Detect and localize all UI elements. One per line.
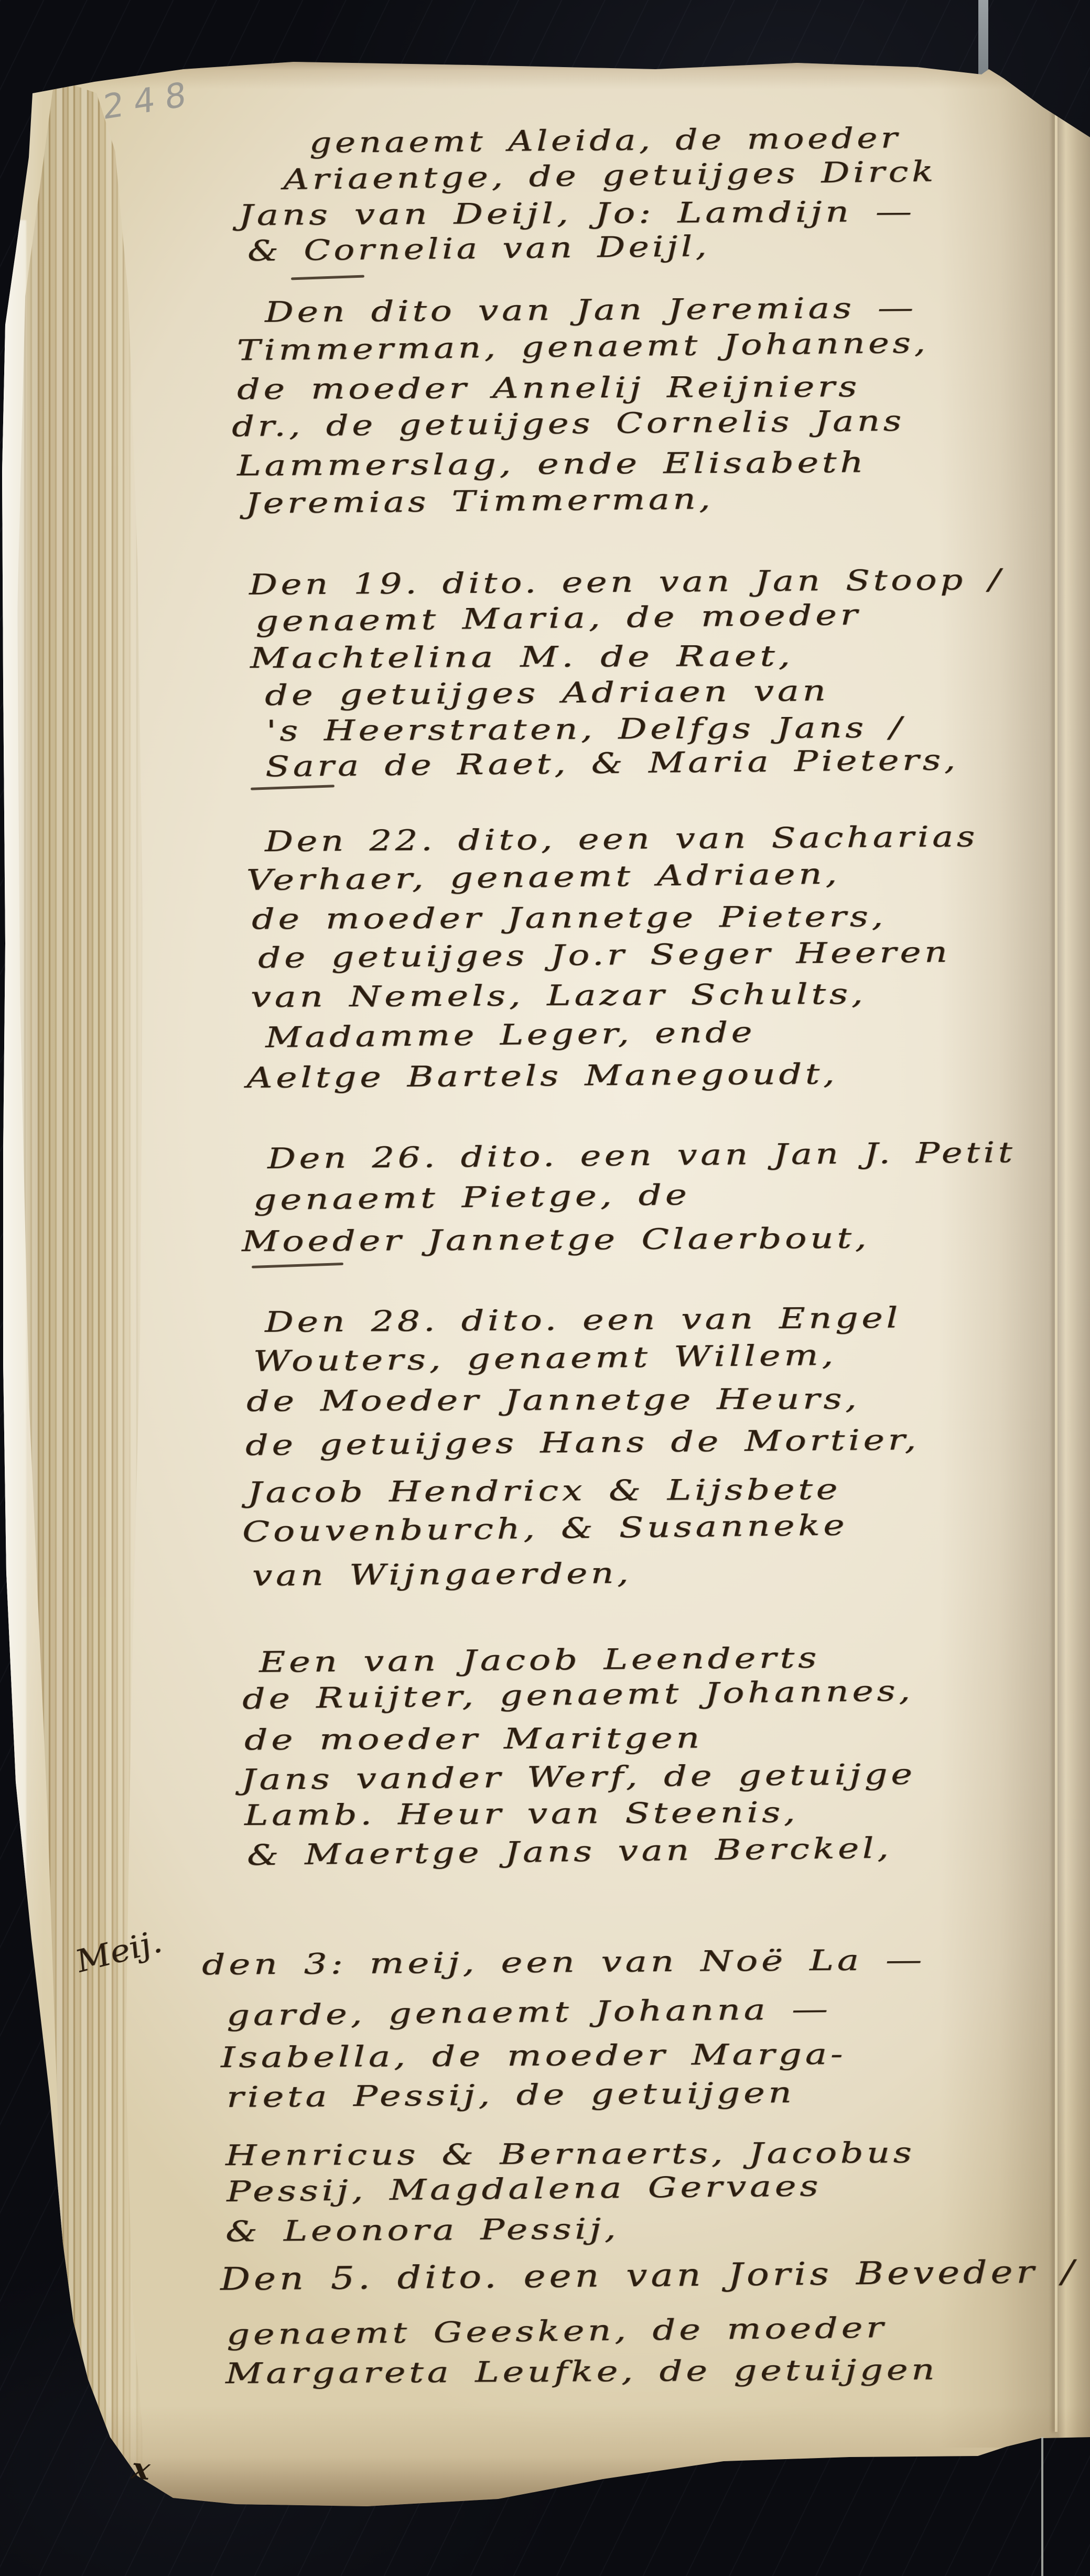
manuscript-line: Pessij, Magdalena Gervaes	[226, 2170, 822, 2208]
manuscript-line: genaemt Aleida, de moeder	[309, 122, 901, 159]
manuscript-line: de getuijges Adriaen van	[265, 675, 829, 712]
manuscript-line: Jans vander Werf, de getuijge	[241, 1758, 916, 1796]
page-fold-line	[1055, 68, 1057, 2432]
binding-sliver	[978, 0, 988, 79]
manuscript-line: de moeder Annelij Reijniers	[237, 371, 860, 406]
collation-x-mark: x	[130, 2451, 152, 2487]
manuscript-line: Henricus & Bernaerts, Jacobus	[225, 2137, 915, 2172]
manuscript-line: de Moeder Jannetge Heurs,	[246, 1383, 860, 1418]
manuscript-line: genaemt Maria, de moeder	[255, 599, 861, 638]
manuscript-line: Lamb. Heur van Steenis,	[244, 1796, 799, 1832]
manuscript-line: Madamme Leger, ende	[265, 1016, 756, 1054]
manuscript-line: Couvenburch, & Susanneke	[242, 1509, 848, 1548]
manuscript-line: Den 28. dito. een van Engel	[265, 1302, 901, 1339]
book-fore-edge-icon	[15, 79, 147, 2495]
manuscript-line: de getuijges Hans de Mortier,	[245, 1423, 920, 1462]
manuscript-line: Verhaer, genaemt Adriaen,	[246, 858, 840, 897]
manuscript-line: Jans van Deijl, Jo: Lamdijn —	[239, 195, 915, 232]
manuscript-photo: 248 genaemt Aleida, de moeder Ariaentge,…	[0, 0, 1090, 2576]
manuscript-line: Isabella, de moeder Marga-	[221, 2038, 847, 2074]
manuscript-line: Den 22. dito, een van Sacharias	[265, 820, 978, 858]
manuscript-line: den 3: meij, een van Noë La —	[202, 1944, 926, 1981]
manuscript-line: rieta Pessij, de getuijgen	[226, 2077, 795, 2114]
manuscript-line: Machtelina M. de Raet,	[250, 640, 794, 675]
manuscript-line: de moeder Jannetge Pieters,	[252, 900, 887, 936]
manuscript-line: dr., de getuijges Cornelis Jans	[232, 405, 905, 443]
manuscript-line: Margareta Leufke, de getuijgen	[225, 2354, 938, 2390]
manuscript-line: Den 26. dito. een van Jan J. Petit	[267, 1136, 1016, 1175]
manuscript-line: Den dito van Jan Jeremias —	[265, 291, 917, 329]
manuscript-line: Jacob Hendricx & Lijsbete	[247, 1473, 841, 1509]
manuscript-line: van Nemels, Lazar Schults,	[251, 978, 867, 1014]
manuscript-line: Lammerslag, ende Elisabeth	[237, 446, 867, 482]
binding-edge-line	[1041, 2437, 1043, 2576]
manuscript-line: Wouters, genaemt Willem,	[253, 1339, 837, 1378]
manuscript-line: & Leonora Pessij,	[225, 2213, 620, 2248]
manuscript-line: Moeder Jannetge Claerbout,	[242, 1222, 870, 1258]
manuscript-line: Den 19. dito. een van Jan Stoop /	[249, 563, 1004, 601]
manuscript-line: Sara de Raet, & Maria Pieters,	[265, 744, 959, 783]
manuscript-line: Een van Jacob Leenderts	[259, 1642, 821, 1679]
manuscript-line: Den 5. dito. een van Joris Beveder /	[220, 2255, 1078, 2296]
manuscript-line: genaemt Pietge, de	[253, 1179, 690, 1216]
manuscript-line: de getuijges Jo.r Seger Heeren	[258, 936, 951, 974]
manuscript-line: 's Heerstraten, Delfgs Jans /	[266, 711, 905, 747]
manuscript-line: de moeder Maritgen	[244, 1722, 703, 1756]
manuscript-line: Jeremias Timmerman,	[245, 483, 714, 520]
manuscript-line: garde, genaemt Johanna —	[226, 1993, 831, 2032]
manuscript-line: & Cornelia van Deijl,	[247, 230, 710, 267]
manuscript-line: van Wijngaerden,	[252, 1557, 632, 1592]
page-gutter-shadow	[938, 58, 1090, 2448]
manuscript-line: Aeltge Bartels Manegoudt,	[246, 1058, 838, 1094]
